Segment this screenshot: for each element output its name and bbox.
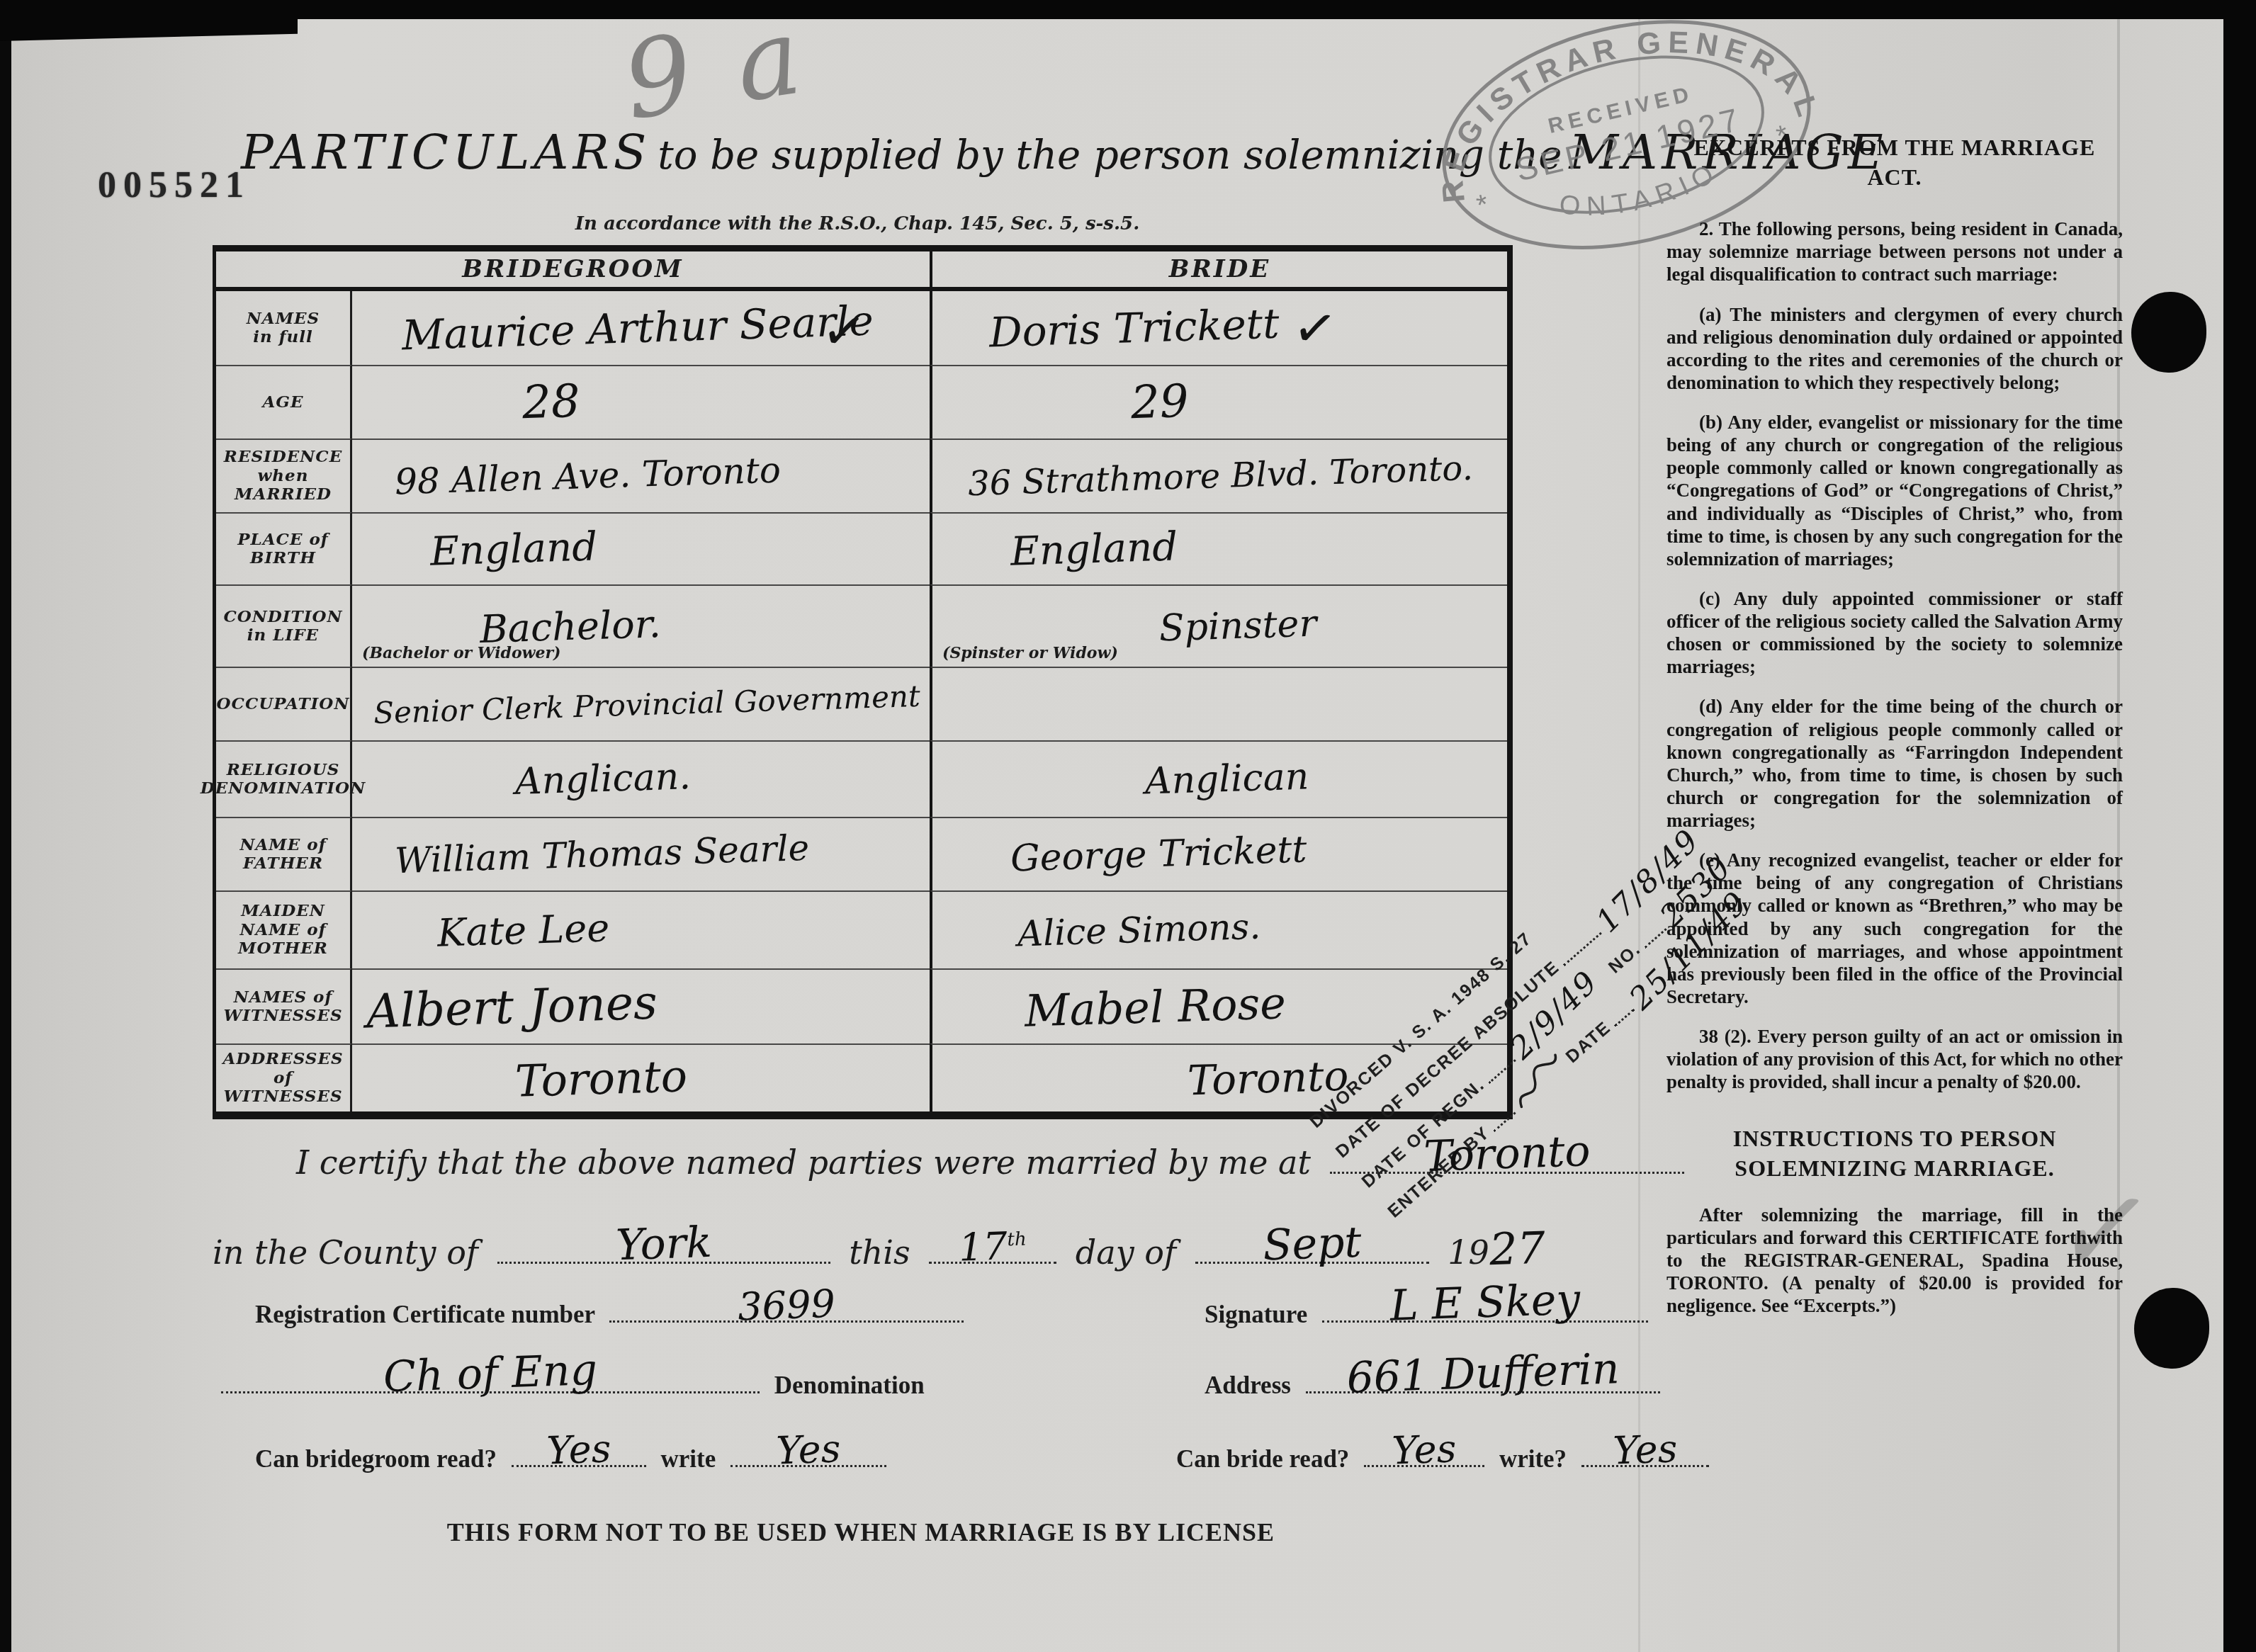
row-condition-bride: Spinster (Spinster or Widow) [930,584,1507,667]
condition-hint-groom: (Bachelor or Widower) [362,644,561,662]
groom-write-blank: Yes [731,1459,886,1467]
denomination-blank: Ch of Eng [221,1386,760,1393]
film-punch-hole [2131,292,2206,373]
registration-number-line: Registration Certificate number 3699 [255,1301,972,1329]
row-condition-groom: Bachelor. (Bachelor or Widower) [352,584,930,667]
denomination-line: Ch of Eng Denomination [213,1371,925,1400]
row-names-label: NAMES in full [216,291,352,365]
day-blank: 17th [929,1256,1056,1264]
place-blank: Toronto [1330,1166,1684,1174]
county-blank: York [497,1256,830,1264]
groom-read-blank: Yes [512,1459,646,1467]
row-age-groom: 28 [352,365,930,439]
license-warning: THIS FORM NOT TO BE USED WHEN MARRIAGE I… [213,1517,1509,1547]
row-occupation-groom: Senior Clerk Provincial Government [352,667,930,740]
month-blank: Sept [1195,1256,1429,1264]
row-father-bride: George Trickett [930,817,1507,890]
row-mother-groom: Kate Lee [352,890,930,968]
row-residence-bride: 36 Strathmore Blvd. Toronto. [930,439,1507,512]
row-father-groom: William Thomas Searle [352,817,930,890]
excerpt-paragraph: 2. The following persons, being resident… [1666,217,2123,285]
day-value: 17th [958,1223,1027,1269]
address-blank: 661 Dufferin [1306,1386,1660,1393]
row-religion-groom: Anglican. [352,740,930,817]
marriage-certificate-scan: 005521 9a ✓ PARTICULARSto be supplied by… [0,0,2256,1652]
groom-write-value: Yes [776,1426,842,1473]
row-residence-groom: 98 Allen Ave. Toronto [352,439,930,512]
row-residence-label: RESIDENCE when MARRIED [216,439,352,512]
particulars-table: BRIDEGROOM BRIDE NAMES in full Maurice A… [213,245,1513,1119]
row-witness-addr-groom: Toronto [352,1043,930,1111]
county-date-line: in the County of York this 17th day of S… [213,1223,1545,1274]
excerpt-paragraph: (a) The ministers and clergymen of every… [1666,303,2123,395]
row-mother-label: MAIDEN NAME of MOTHER [216,890,352,968]
scan-edge-right [2223,0,2256,1652]
row-birthplace-bride: England [930,512,1507,584]
row-mother-bride: Alice Simons. [930,890,1507,968]
row-birthplace-groom: England [352,512,930,584]
place-value: Toronto [1423,1126,1591,1182]
title-word-particulars: PARTICULARS [241,125,650,181]
excerpt-paragraph: (d) Any elder for the time being of the … [1666,695,2123,832]
signature-line: Signature L E Skey [1205,1301,1657,1329]
signature-blank: L E Skey [1322,1315,1648,1323]
signature-value: L E Skey [1389,1274,1581,1330]
row-witnesses-label: NAMES of WITNESSES [216,968,352,1043]
address-value: 661 Dufferin [1346,1344,1620,1403]
serial-number: 005521 [98,164,251,206]
year-value: 27 [1489,1222,1546,1275]
certify-line: I certify that the above named parties w… [296,1143,1693,1182]
excerpts-heading: EXCERPTS FROM THE MARRIAGE ACT. [1666,133,2123,192]
bride-write-blank: Yes [1581,1459,1709,1467]
row-religion-bride: Anglican [930,740,1507,817]
bride-read-blank: Yes [1364,1459,1484,1467]
row-age-bride: 29 [930,365,1507,439]
row-witnesses-groom: Albert Jones [352,968,930,1043]
groom-read-value: Yes [546,1426,611,1473]
row-occupation-bride [930,667,1507,740]
bride-read-value: Yes [1392,1426,1457,1473]
excerpt-paragraph: (b) Any elder, evangelist or missionary … [1666,411,2123,570]
excerpt-paragraph: 38 (2). Every person guilty of an act or… [1666,1025,2123,1093]
instructions-body: After solemnizing the marriage, fill in … [1666,1204,2123,1318]
registration-number-value: 3699 [737,1282,836,1330]
bride-literacy-line: Can bride read? Yes write? Yes [1176,1445,1718,1473]
row-occupation-label: OCCUPATION [216,667,352,740]
instructions-heading: INSTRUCTIONS TO PERSON SOLEMNIZING MARRI… [1666,1124,2123,1183]
scan-edge-top [0,0,2256,19]
excerpt-paragraph: (e) Any recognized evangelist, teacher o… [1666,849,2123,1008]
county-value: York [615,1218,713,1271]
film-punch-hole [2134,1288,2209,1369]
bride-write-value: Yes [1612,1426,1678,1473]
row-condition-label: CONDITION in LIFE [216,584,352,667]
denomination-value: Ch of Eng [383,1345,598,1402]
form-subtitle: In accordance with the R.S.O., Chap. 145… [234,213,1481,234]
registration-number-blank: 3699 [609,1315,964,1323]
stamp-star-left: * [1474,188,1491,221]
check-mark: ✓ [1289,295,1341,362]
month-value: Sept [1262,1218,1362,1271]
row-names-groom: Maurice Arthur Searle ✓ [352,291,930,365]
row-witness-addr-label: ADDRESSES of WITNESSES [216,1043,352,1111]
form-title-block: PARTICULARSto be supplied by the person … [234,125,1481,234]
header-bride: BRIDE [930,251,1507,291]
address-line: Address 661 Dufferin [1205,1371,1669,1400]
row-names-bride: Doris Trickett ✓ [930,291,1507,365]
groom-literacy-line: Can bridegroom read? Yes write Yes [255,1445,895,1473]
row-father-label: NAME of FATHER [216,817,352,890]
header-bridegroom: BRIDEGROOM [216,251,930,291]
excerpts-column: EXCERPTS FROM THE MARRIAGE ACT. 2. The f… [1666,133,2123,1334]
check-mark: ✓ [818,298,869,365]
excerpt-paragraph: (c) Any duly appointed commissioner or s… [1666,587,2123,679]
form-title: PARTICULARSto be supplied by the person … [234,125,1481,181]
row-religion-label: RELIGIOUS DENOMINATION [216,740,352,817]
condition-hint-bride: (Spinster or Widow) [942,644,1118,662]
row-age-label: AGE [216,365,352,439]
row-birthplace-label: PLACE of BIRTH [216,512,352,584]
